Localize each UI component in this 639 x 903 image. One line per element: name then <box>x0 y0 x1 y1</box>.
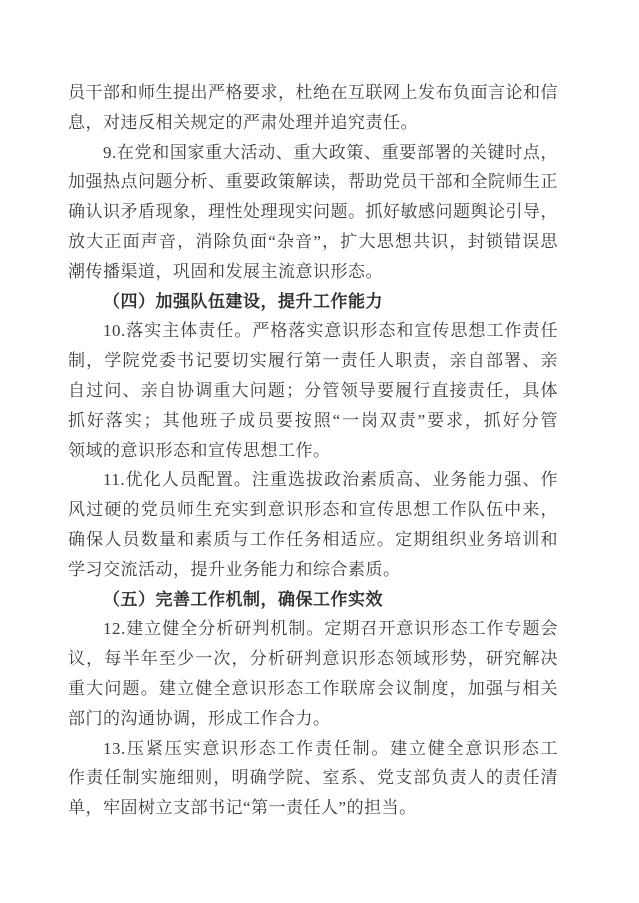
text-line: 单，牢固树立支部书记“第一责任人”的担当。 <box>68 793 558 823</box>
text-line: 放大正面声音，消除负面“杂音”，扩大思想共识，封锁错误思 <box>68 227 558 257</box>
text-line: 加强热点问题分析、重要政策解读，帮助党员干部和全院师生正 <box>68 167 558 197</box>
document-page: 员干部和师生提出严格要求，杜绝在互联网上发布负面言论和信 息，对违反相关规定的严… <box>0 0 639 903</box>
text-line-item-11: 11.优化人员配置。注重选拔政治素质高、业务能力强、作 <box>68 465 558 495</box>
text-line-item-12: 12.建立健全分析研判机制。定期召开意识形态工作专题会 <box>68 614 558 644</box>
section-heading-5: （五）完善工作机制，确保工作实效 <box>68 585 558 615</box>
text-line-item-9: 9.在党和国家重大活动、重大政策、重要部署的关键时点， <box>68 138 558 168</box>
text-line: 作责任制实施细则，明确学院、室系、党支部负责人的责任清 <box>68 763 558 793</box>
section-heading-4: （四）加强队伍建设，提升工作能力 <box>68 287 558 317</box>
text-line: 学习交流活动，提升业务能力和综合素质。 <box>68 555 558 585</box>
text-line-item-13: 13.压紧压实意识形态工作责任制。建立健全意识形态工 <box>68 734 558 764</box>
text-line: 重大问题。建立健全意识形态工作联席会议制度，加强与相关 <box>68 674 558 704</box>
text-line: 潮传播渠道，巩固和发展主流意识形态。 <box>68 257 558 287</box>
text-line: 确认识矛盾现象，理性处理现实问题。抓好敏感问题舆论引导， <box>68 197 558 227</box>
document-text-block: 员干部和师生提出严格要求，杜绝在互联网上发布负面言论和信 息，对违反相关规定的严… <box>68 78 558 823</box>
text-line: 部门的沟通协调，形成工作合力。 <box>68 704 558 734</box>
text-line: 息，对违反相关规定的严肃处理并追究责任。 <box>68 108 558 138</box>
text-line: 员干部和师生提出严格要求，杜绝在互联网上发布负面言论和信 <box>68 78 558 108</box>
text-line: 风过硬的党员师生充实到意识形态和宣传思想工作队伍中来， <box>68 495 558 525</box>
text-line: 确保人员数量和素质与工作任务相适应。定期组织业务培训和 <box>68 525 558 555</box>
text-line: 领域的意识形态和宣传思想工作。 <box>68 436 558 466</box>
text-line: 自过问、亲自协调重大问题；分管领导要履行直接责任，具体 <box>68 376 558 406</box>
text-line: 制，学院党委书记要切实履行第一责任人职责，亲自部署、亲 <box>68 346 558 376</box>
text-line-item-10: 10.落实主体责任。严格落实意识形态和宣传思想工作责任 <box>68 316 558 346</box>
text-line: 抓好落实；其他班子成员要按照“一岗双责”要求，抓好分管 <box>68 406 558 436</box>
text-line: 议，每半年至少一次，分析研判意识形态领域形势，研究解决 <box>68 644 558 674</box>
